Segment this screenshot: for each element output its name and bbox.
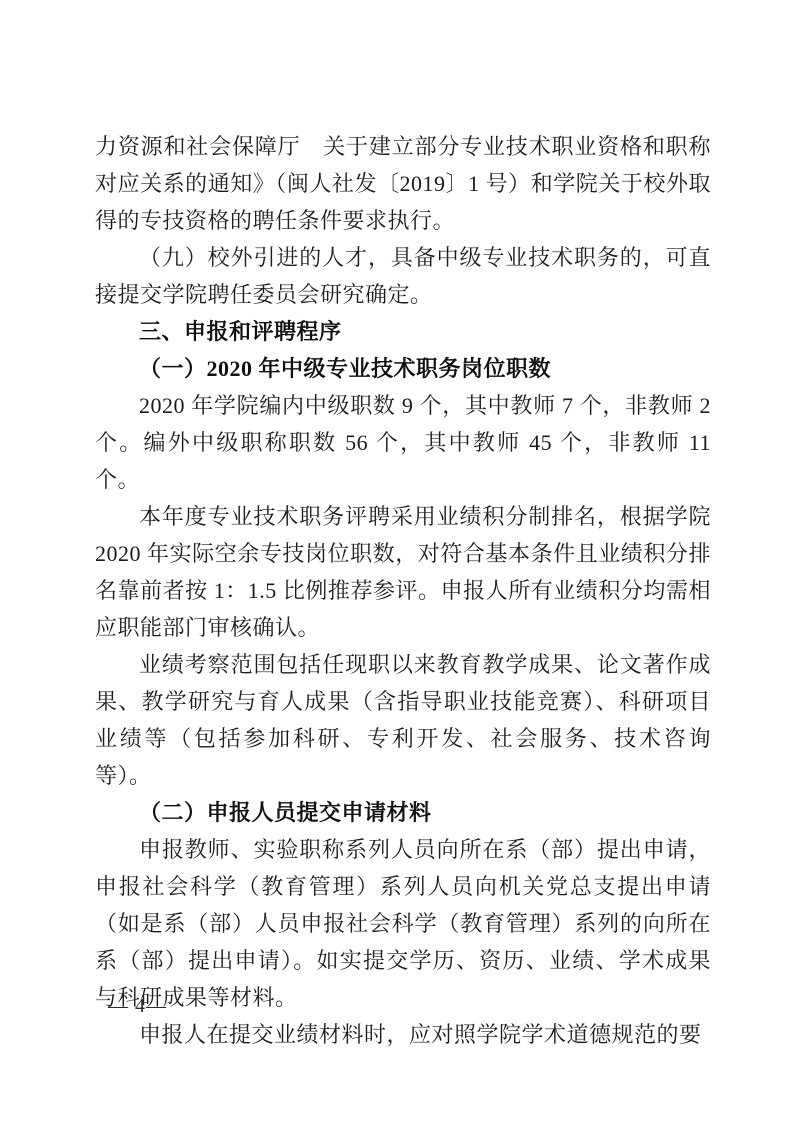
page-number: — 4—: [108, 994, 167, 1018]
document-body: 力资源和社会保障厅 关于建立部分专业技术职业资格和职称对应关系的通知》（闽人社发…: [95, 128, 711, 1053]
subsection-heading-one: （一）2020 年中级专业技术职务岗位职数: [95, 350, 711, 387]
subsection-heading-two: （二）申报人员提交申请材料: [95, 794, 711, 831]
paragraph-academic-ethics: 申报人在提交业绩材料时，应对照学院学术道德规范的要: [95, 1016, 711, 1053]
paragraph-item-nine: （九）校外引进的人才，具备中级专业技术职务的，可直接提交学院聘任委员会研究确定。: [95, 239, 711, 313]
paragraph-application-submission: 申报教师、实验职称系列人员向所在系（部）提出申请，申报社会科学（教育管理）系列人…: [95, 831, 711, 1016]
paragraph-achievement-scope: 业绩考察范围包括任现职以来教育教学成果、论文著作成果、教学研究与育人成果（含指导…: [95, 646, 711, 794]
section-heading-three: 三、申报和评聘程序: [95, 313, 711, 350]
paragraph-quota-numbers: 2020 年学院编内中级职数 9 个，其中教师 7 个，非教师 2 个。编外中级…: [95, 387, 711, 498]
document-page: 力资源和社会保障厅 关于建立部分专业技术职业资格和职称对应关系的通知》（闽人社发…: [0, 0, 793, 1122]
paragraph-ranking-rule: 本年度专业技术职务评聘采用业绩积分制排名，根据学院 2020 年实际空余专技岗位…: [95, 498, 711, 646]
paragraph-continuation: 力资源和社会保障厅 关于建立部分专业技术职业资格和职称对应关系的通知》（闽人社发…: [95, 128, 711, 239]
